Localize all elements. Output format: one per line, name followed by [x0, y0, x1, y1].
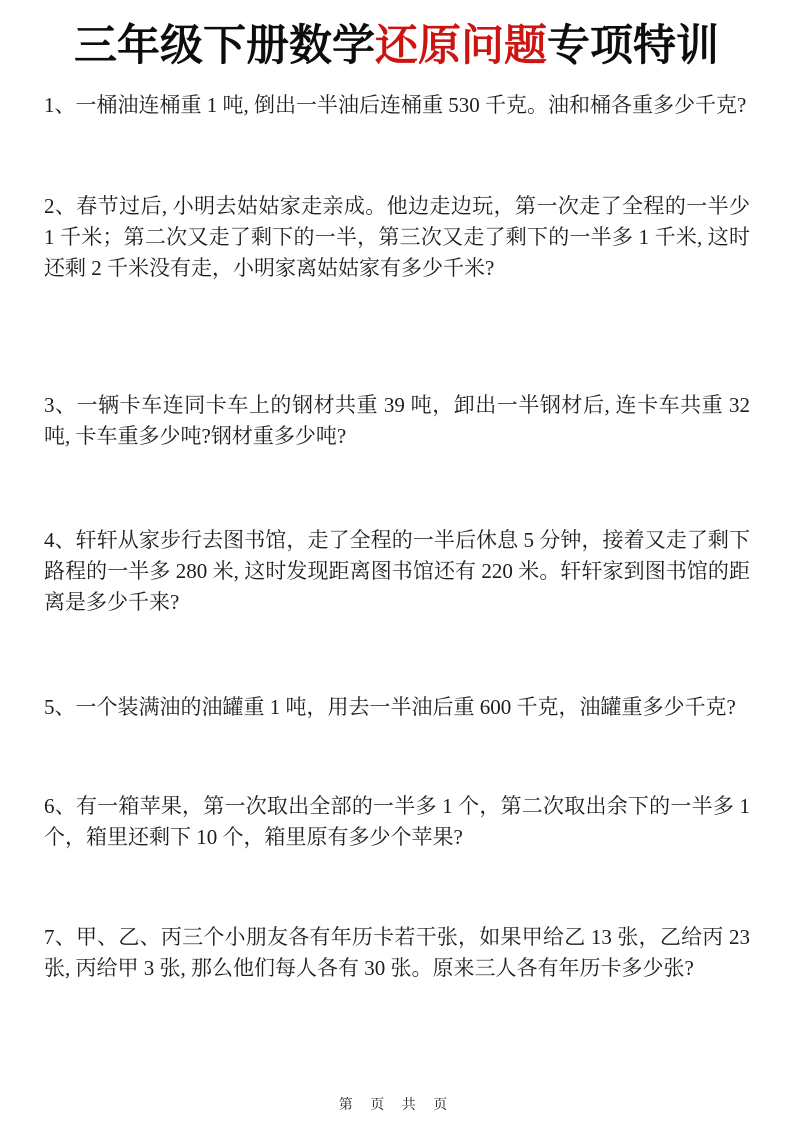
page-title: 三年级下册数学还原问题专项特训: [0, 22, 793, 72]
question-2: 2、春节过后, 小明去姑姑家走亲成。他边走边玩，第一次走了全程的一半少 1 千米…: [44, 191, 750, 284]
question-6: 6、有一箱苹果，第一次取出全部的一半多 1 个，第二次取出余下的一半多 1 个，…: [44, 791, 750, 853]
title-prefix: 三年级下册数学: [74, 23, 375, 70]
worksheet-page: 三年级下册数学还原问题专项特训 1、一桶油连桶重 1 吨, 倒出一半油后连桶重 …: [0, 0, 793, 1122]
question-7: 7、甲、乙、丙三个小朋友各有年历卡若干张，如果甲给乙 13 张，乙给丙 23 张…: [44, 922, 750, 984]
question-4: 4、轩轩从家步行去图书馆，走了全程的一半后休息 5 分钟，接着又走了剩下路程的一…: [44, 525, 750, 618]
title-highlight: 还原问题: [375, 23, 547, 70]
question-3: 3、一辆卡车连同卡车上的钢材共重 39 吨，卸出一半钢材后, 连卡车共重 32 …: [44, 390, 750, 452]
question-5: 5、一个装满油的油罐重 1 吨，用去一半油后重 600 千克，油罐重多少千克?: [44, 692, 750, 723]
title-suffix: 专项特训: [547, 23, 719, 70]
page-footer: 第 页 共 页: [0, 1097, 793, 1115]
question-1: 1、一桶油连桶重 1 吨, 倒出一半油后连桶重 530 千克。油和桶各重多少千克…: [44, 90, 750, 121]
